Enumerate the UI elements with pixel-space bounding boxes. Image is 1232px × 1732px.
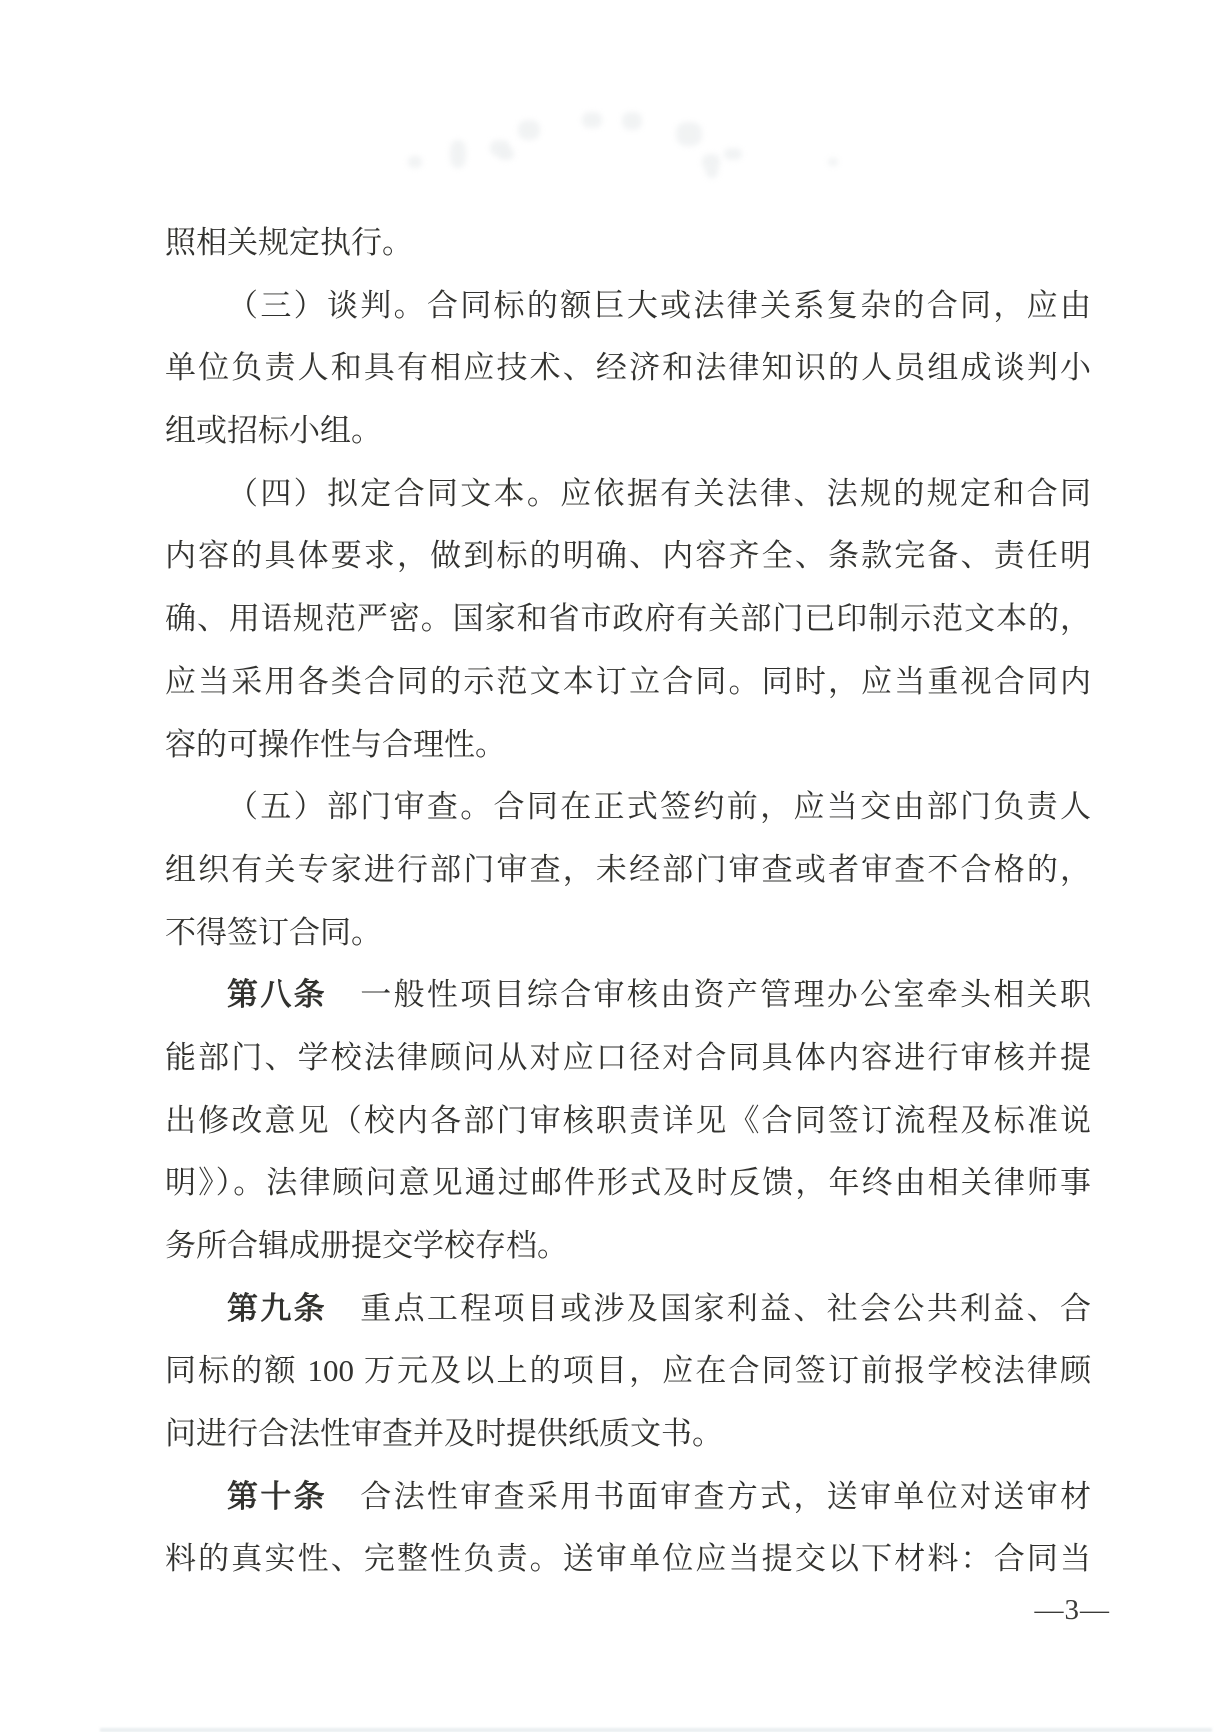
bleed-through-smudge <box>706 166 718 178</box>
text-line: 第十条 合法性审查采用书面审查方式，送审单位对送审材 <box>165 1466 1091 1529</box>
text-line: 应当采用各类合同的示范文本订立合同。同时，应当重视合同内 <box>165 651 1091 714</box>
scan-edge-artifact <box>100 1728 1212 1732</box>
text-line: （五）部门审查。合同在正式签约前，应当交由部门负责人 <box>165 776 1091 839</box>
text-line: 明》）。法律顾问意见通过邮件形式及时反馈，年终由相关律师事 <box>165 1152 1091 1215</box>
article-number-label: 第八条 <box>227 977 327 1012</box>
text-line: 第九条 重点工程项目或涉及国家利益、社会公共利益、合 <box>165 1278 1091 1341</box>
text-line: 确、用语规范严密。国家和省市政府有关部门已印制示范文本的， <box>165 588 1091 651</box>
page-number: —3— <box>1035 1594 1111 1627</box>
bleed-through-smudge <box>408 156 422 168</box>
text-line: 照相关规定执行。 <box>165 212 1091 275</box>
text-line: 组织有关专家进行部门审查，未经部门审查或者审查不合格的， <box>165 839 1091 902</box>
text-line: 同标的额 100 万元及以上的项目，应在合同签订前报学校法律顾 <box>165 1340 1091 1403</box>
bleed-through-smudge <box>622 112 642 130</box>
bleed-through-smudge <box>582 112 602 128</box>
text-line: 单位负责人和具有相应技术、经济和法律知识的人员组成谈判小 <box>165 337 1091 400</box>
article-number-label: 第九条 <box>227 1291 327 1326</box>
text-line: 问进行合法性审查并及时提供纸质文书。 <box>165 1403 1091 1466</box>
bleed-through-smudge <box>498 148 514 160</box>
bleed-through-smudge <box>450 140 466 168</box>
text-line: 容的可操作性与合理性。 <box>165 714 1091 777</box>
text-line: 内容的具体要求，做到标的明确、内容齐全、条款完备、责任明 <box>165 525 1091 588</box>
bleed-through-smudge <box>724 148 742 160</box>
document-page: 照相关规定执行。（三）谈判。合同标的额巨大或法律关系复杂的合同，应由单位负责人和… <box>0 0 1232 1732</box>
text-line: 组或招标小组。 <box>165 400 1091 463</box>
text-line: 务所合辑成册提交学校存档。 <box>165 1215 1091 1278</box>
text-line: 第八条 一般性项目综合审核由资产管理办公室牵头相关职 <box>165 964 1091 1027</box>
text-line: （四）拟定合同文本。应依据有关法律、法规的规定和合同 <box>165 463 1091 526</box>
document-body: 照相关规定执行。（三）谈判。合同标的额巨大或法律关系复杂的合同，应由单位负责人和… <box>165 212 1091 1591</box>
text-line: 不得签订合同。 <box>165 902 1091 965</box>
bleed-through-smudge <box>676 122 702 146</box>
bleed-through-smudge <box>828 158 838 166</box>
text-line: （三）谈判。合同标的额巨大或法律关系复杂的合同，应由 <box>165 275 1091 338</box>
text-line: 出修改意见（校内各部门审核职责详见《合同签订流程及标准说 <box>165 1090 1091 1153</box>
text-line: 料的真实性、完整性负责。送审单位应当提交以下材料：合同当 <box>165 1528 1091 1591</box>
bleed-through-smudge <box>518 120 540 140</box>
article-number-label: 第十条 <box>227 1479 327 1514</box>
text-line: 能部门、学校法律顾问从对应口径对合同具体内容进行审核并提 <box>165 1027 1091 1090</box>
